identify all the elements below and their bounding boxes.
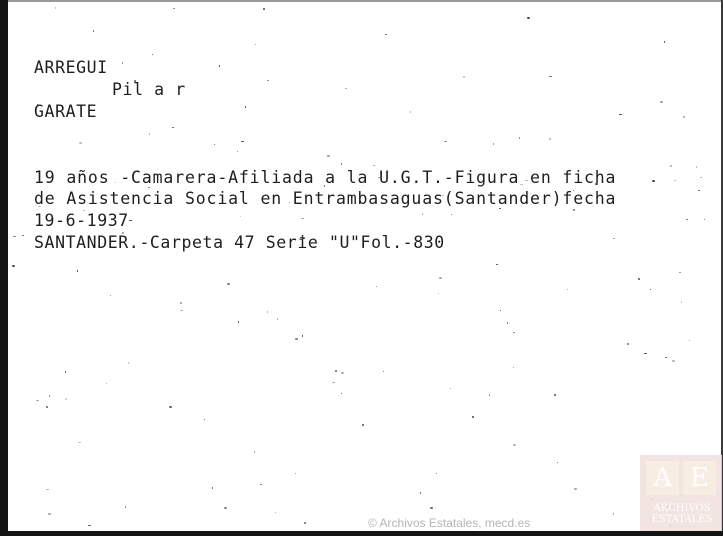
surname-second: GARATE	[34, 102, 97, 122]
card-left-edge	[0, 0, 8, 536]
body-line-3: 19-6-1937	[34, 211, 129, 231]
watermark-letter-e: E	[683, 461, 716, 495]
given-name: Pil a r	[112, 80, 186, 100]
archive-card: ARREGUI Pil a r GARATE 19 años -Camarera…	[0, 0, 723, 536]
watermark-text-line-1: ARCHIVOS	[644, 503, 720, 514]
watermark-text: ARCHIVOS ESTATALES	[644, 503, 720, 525]
watermark-text-line-2: ESTATALES	[644, 514, 720, 525]
archivos-estatales-watermark: A E ARCHIVOS ESTATALES	[640, 455, 722, 531]
watermark-logo: A E	[646, 461, 716, 495]
surname-first: ARREGUI	[34, 58, 108, 78]
copyright-notice: © Archivos Estatales, mecd.es	[368, 516, 530, 530]
card-bottom-edge	[0, 531, 723, 536]
watermark-letter-a: A	[646, 461, 679, 495]
body-line-4: SANTANDER.-Carpeta 47 Serie "U"Fol.-830	[34, 233, 445, 253]
body-line-1: 19 años -Camarera-Afiliada a la U.G.T.-F…	[34, 168, 616, 188]
card-top-edge	[0, 0, 723, 2]
body-line-2: de Asistencia Social en Entrambasaguas(S…	[34, 189, 616, 209]
